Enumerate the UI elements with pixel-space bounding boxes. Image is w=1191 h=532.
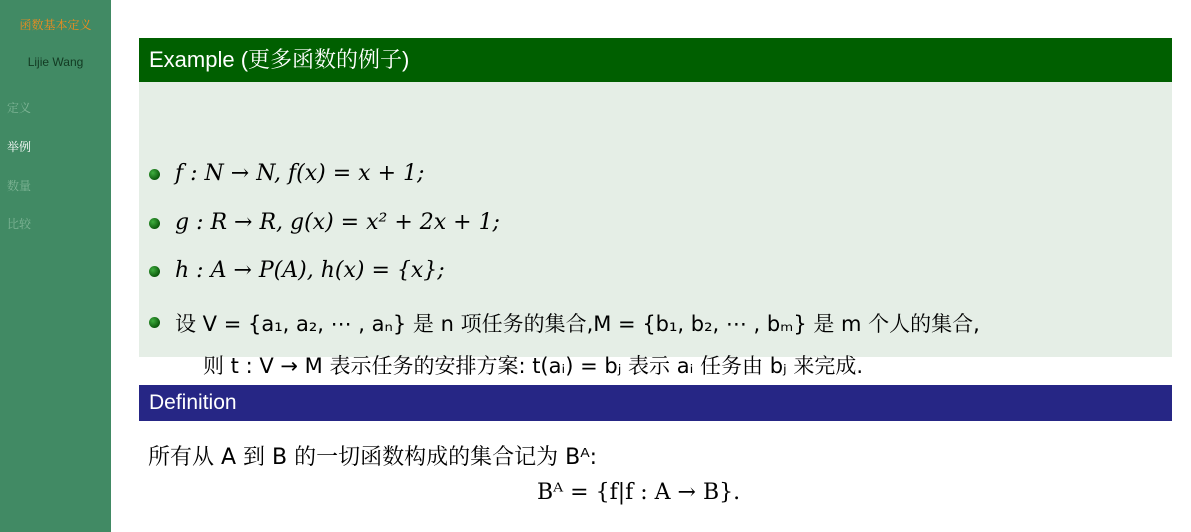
example-block: Example (更多函数的例子) f : N → N, f(x) = x + … [139,38,1172,357]
example-item-h: h : A → P(A), h(x) = {x}; [175,257,445,283]
example-item-f: f : N → N, f(x) = x + 1; [175,160,424,186]
sidebar-item-quantity[interactable]: 数量 [7,177,31,194]
example-item-g: g : R → R, g(x) = x² + 2x + 1; [175,209,500,235]
bullet-icon [149,317,160,328]
sidebar: 函数基本定义 Lijie Wang 定义 举例 数量 比较 [0,0,111,532]
example-block-body: f : N → N, f(x) = x + 1; g : R → R, g(x)… [139,82,1172,357]
example-block-title: Example (更多函数的例子) [139,38,1172,82]
definition-block-title: Definition [139,385,1172,421]
bullet-icon [149,266,160,277]
bullet-icon [149,218,160,229]
author-name: Lijie Wang [0,55,111,69]
presentation-title[interactable]: 函数基本定义 [0,16,111,33]
definition-text: 所有从 A 到 B 的一切函数构成的集合记为 Bᴬ: [148,440,597,471]
example-item-tasks-line2: 则 t : V → M 表示任务的安排方案: t(aᵢ) = bⱼ 表示 aᵢ … [203,350,863,380]
example-item-tasks: 设 V = {a₁, a₂, ⋯ , aₙ} 是 n 项任务的集合,M = {b… [175,308,980,338]
sidebar-item-comparison[interactable]: 比较 [7,215,31,232]
definition-block: Definition [139,385,1172,421]
bullet-icon [149,169,160,180]
sidebar-item-examples[interactable]: 举例 [7,138,31,155]
definition-formula: Bᴬ = {f|f : A → B}. [537,480,740,505]
sidebar-item-definition[interactable]: 定义 [7,99,31,116]
